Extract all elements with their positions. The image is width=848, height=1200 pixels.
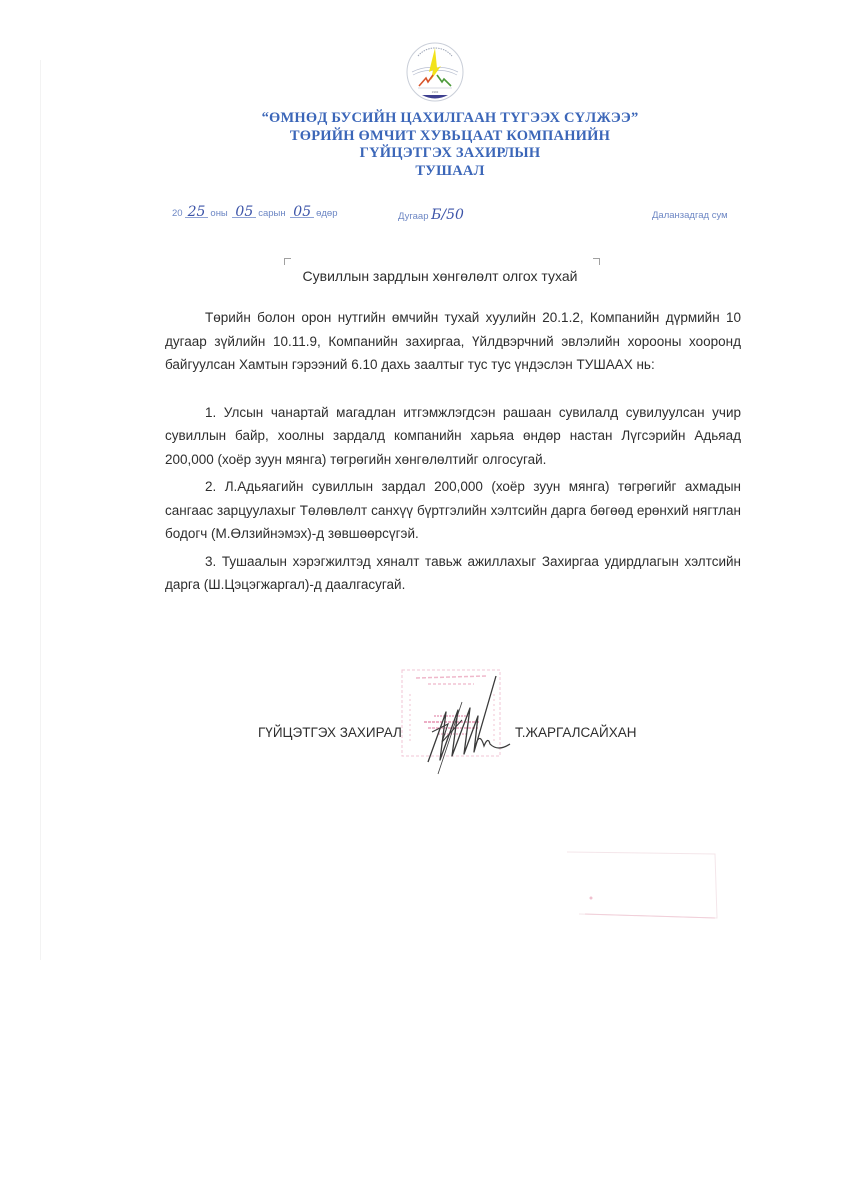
company-logo: 1993 [404, 42, 466, 102]
document-header: “ӨМНӨД БУСИЙН ЦАХИЛГААН ТҮГЭЭХ СҮЛЖЭЭ” Т… [200, 110, 700, 180]
header-document-type: ТУШААЛ [200, 163, 700, 181]
order-item-3: 3. Тушаалын хэрэгжилтэд хяналт тавьж ажи… [165, 550, 741, 597]
header-company-type: ТӨРИЙН ӨМЧИТ ХУВЬЦААТ КОМПАНИЙН [200, 128, 700, 146]
header-issuer: ГҮЙЦЭТГЭХ ЗАХИРЛЫН [200, 145, 700, 163]
document-place: Даланзадгад сум [652, 210, 728, 221]
document-date: 2025оны 05сарын 05өдөр [172, 207, 338, 219]
subject-corner-mark-right [593, 258, 600, 265]
year-handwritten: 25 [185, 207, 209, 218]
number-handwritten: Б/50 [431, 207, 464, 223]
number-label: Дугаар [398, 211, 429, 222]
header-company-name: “ӨМНӨД БУСИЙН ЦАХИЛГААН ТҮГЭЭХ СҮЛЖЭЭ” [200, 110, 700, 128]
svg-text:1993: 1993 [432, 90, 439, 94]
subject-corner-mark-left [284, 258, 291, 265]
signer-title: ГҮЙЦЭТГЭХ ЗАХИРАЛ [258, 725, 402, 740]
order-item-1: 1. Улсын чанартай магадлан итгэмжлэгдсэн… [165, 401, 741, 472]
day-handwritten: 05 [290, 207, 314, 218]
document-number: Дугаар Б/50 [398, 207, 464, 223]
preamble-paragraph: Төрийн болон орон нутгийн өмчийн тухай х… [165, 306, 741, 377]
month-handwritten: 05 [232, 207, 256, 218]
day-suffix: өдөр [316, 208, 337, 219]
scan-edge [40, 60, 41, 960]
faint-stamp-icon [565, 848, 725, 920]
faint-stamp-impression [565, 848, 725, 920]
year-prefix: 20 [172, 208, 183, 219]
order-item-2: 2. Л.Адьяагийн сувиллын зардал 200,000 (… [165, 475, 741, 546]
month-suffix: сарын [258, 208, 285, 219]
signature-row: ГҮЙЦЭТГЭХ ЗАХИРАЛ Т.ЖАРГАЛСАЙХАН [0, 722, 848, 742]
document-meta-row: 2025оны 05сарын 05өдөр Дугаар Б/50 Далан… [0, 203, 848, 223]
document-subject: Сувиллын зардлын хөнгөлөлт олгох тухай [290, 268, 590, 284]
signer-name: Т.ЖАРГАЛСАЙХАН [515, 725, 636, 740]
document-body: Төрийн болон орон нутгийн өмчийн тухай х… [165, 306, 741, 601]
year-suffix: оны [210, 208, 227, 219]
power-grid-emblem-icon: 1993 [404, 42, 466, 102]
